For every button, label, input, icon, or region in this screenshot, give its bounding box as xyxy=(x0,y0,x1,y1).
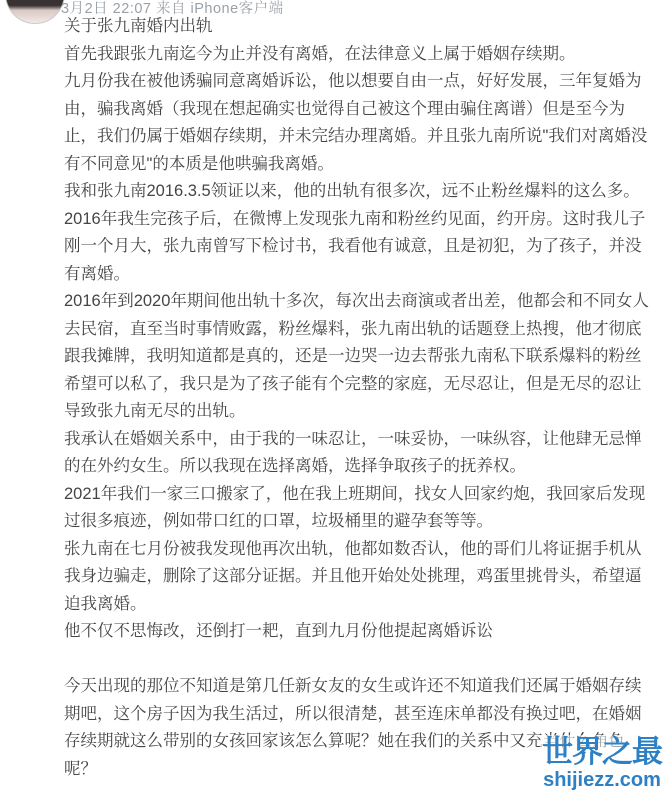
post-text-line: 2016年到2020年期间他出轨十多次，每次出去商演或者出差，他都会和不同女人 xyxy=(64,288,660,316)
post-text-line xyxy=(64,646,660,674)
post-text-line: 刚一个月大，张九南曾写下检讨书，我看他有诚意，且是初犯，为了孩子，并没 xyxy=(64,233,660,261)
post-text-line: 有不同意见"的本质是他哄骗我离婚。 xyxy=(64,151,660,179)
site-watermark: 世界之最 shijiezz.com xyxy=(540,735,664,791)
post-text-line: 我身边骗走，删除了这部分证据。并且他开始处处挑理，鸡蛋里挑骨头，希望逼 xyxy=(64,563,660,591)
post-text-line: 的在外约女生。所以我现在选择离婚，选择争取孩子的抚养权。 xyxy=(64,453,660,481)
post-text-line: 张九南在七月份被我发现他再次出轨，他都如数否认，他的哥们儿将证据手机从 xyxy=(64,536,660,564)
post-text-line: 有离婚。 xyxy=(64,261,660,289)
post-text-line: 九月份我在被他诱骗同意离婚诉讼，他以想要自由一点，好好发展，三年复婚为 xyxy=(64,68,660,96)
post-text-line: 去民宿，直至当时事情败露，粉丝爆料，张九南出轨的话题登上热搜，他才彻底 xyxy=(64,316,660,344)
post-text-line: 希望可以私了，我只是为了孩子能有个完整的家庭，无尽忍让，但是无尽的忍让 xyxy=(64,371,660,399)
post-body: 关于张九南婚内出轨首先我跟张九南迄今为止并没有离婚，在法律意义上属于婚姻存续期。… xyxy=(64,13,660,783)
post-text-line: 首先我跟张九南迄今为止并没有离婚，在法律意义上属于婚姻存续期。 xyxy=(64,41,660,69)
post-text-line: 2016年我生完孩子后，在微博上发现张九南和粉丝约见面，约开房。这时我儿子 xyxy=(64,206,660,234)
post-text-line: 今天出现的那位不知道是第几任新女友的女生或许还不知道我们还属于婚姻存续 xyxy=(64,673,660,701)
post-text-line: 我承认在婚姻关系中，由于我的一味忍让，一味妥协，一味纵容，让他肆无忌惮 xyxy=(64,426,660,454)
watermark-title: 世界之最 xyxy=(542,736,662,767)
post-text-line: 关于张九南婚内出轨 xyxy=(64,13,660,41)
watermark-domain: shijiezz.com xyxy=(542,770,662,790)
post-text-line: 2021年我们一家三口搬家了，他在我上班期间，找女人回家约炮，我回家后发现 xyxy=(64,481,660,509)
post-text-line: 期吧，这个房子因为我生活过，所以很清楚，甚至连床单都没有换过吧，在婚姻 xyxy=(64,701,660,729)
post-text-line: 跟我摊牌，我明知道都是真的，还是一边哭一边去帮张九南私下联系爆料的粉丝 xyxy=(64,343,660,371)
post-text-line: 他不仅不思悔改，还倒打一耙，直到九月份他提起离婚诉讼 xyxy=(64,618,660,646)
post-text-line: 我和张九南2016.3.5领证以来，他的出轨有很多次，远不止粉丝爆料的这么多。 xyxy=(64,178,660,206)
post-text-line: 迫我离婚。 xyxy=(64,591,660,619)
post-text-line: 导致张九南无尽的出轨。 xyxy=(64,398,660,426)
avatar xyxy=(5,0,65,24)
post-text-line: 止，我们仍属于婚姻存续期，并未完结办理离婚。并且张九南所说"我们对离婚没 xyxy=(64,123,660,151)
post-text-line: 过很多痕迹，例如带口红的口罩，垃圾桶里的避孕套等等。 xyxy=(64,508,660,536)
post-text-line: 由，骗我离婚（我现在想起确实也觉得自己被这个理由骗住离谱）但是至今为 xyxy=(64,96,660,124)
